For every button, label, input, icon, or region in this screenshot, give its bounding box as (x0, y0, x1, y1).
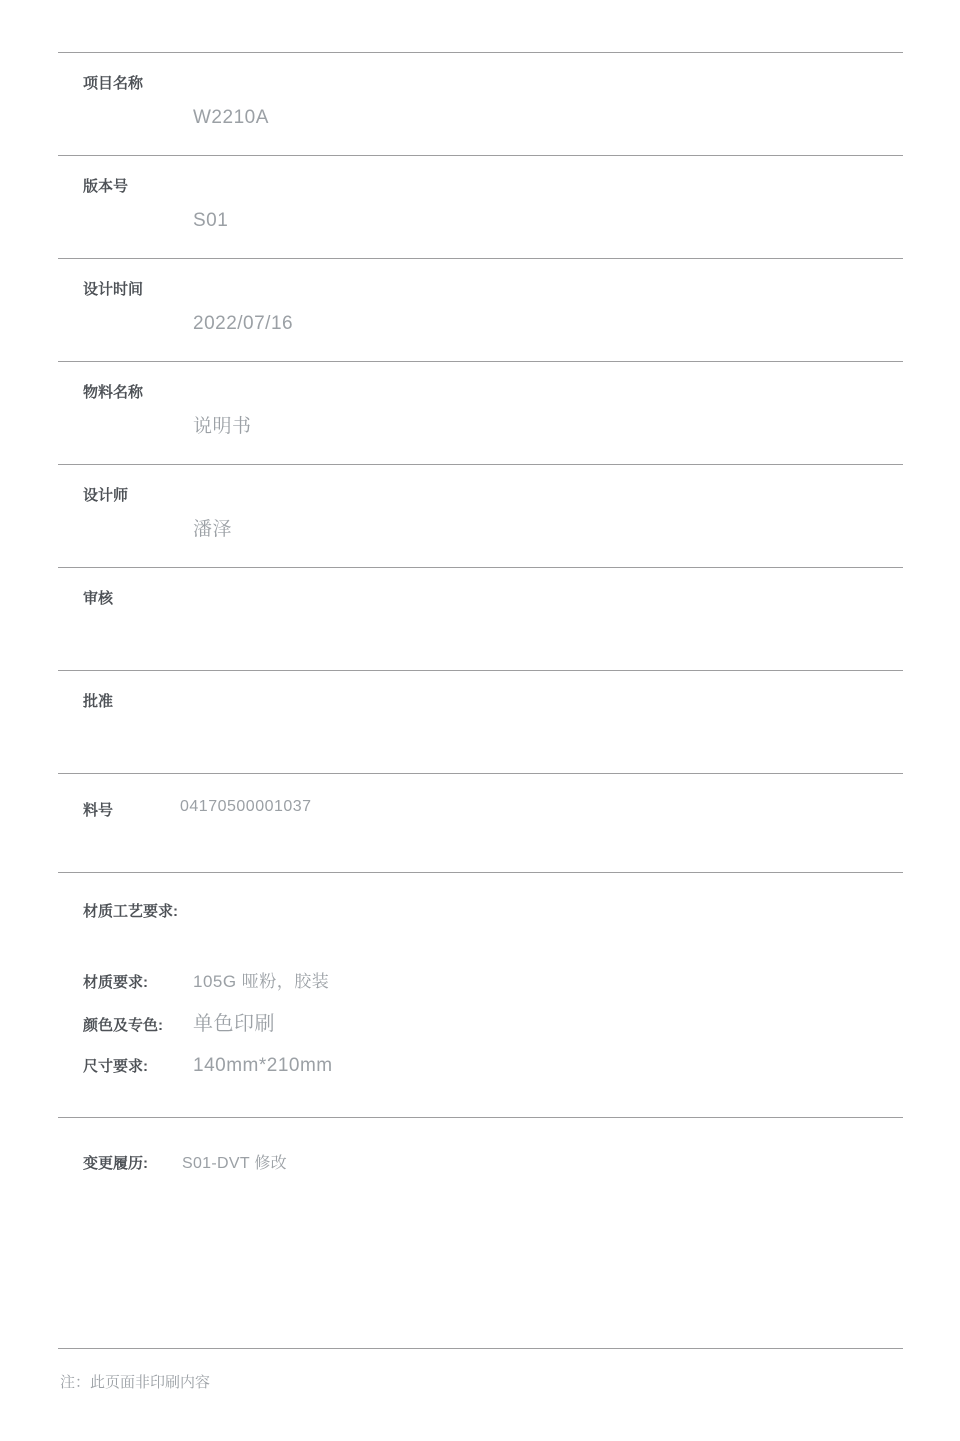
section-part-number: 料号 04170500001037 (58, 773, 903, 872)
project-name-label: 项目名称 (83, 74, 903, 94)
material-name-label: 物料名称 (83, 383, 903, 403)
section-material-name: 物料名称 说明书 (58, 361, 903, 464)
design-date-label: 设计时间 (83, 280, 903, 300)
version-number-value: S01 (193, 209, 903, 233)
designer-label: 设计师 (83, 486, 903, 506)
project-name-value: W2210A (193, 106, 903, 130)
section-change-history: 变更履历: S01-DVT 修改 (58, 1117, 903, 1348)
section-design-date: 设计时间 2022/07/16 (58, 258, 903, 361)
designer-value: 潘泽 (193, 518, 903, 542)
version-number-label: 版本号 (83, 177, 903, 197)
material-process-heading: 材质工艺要求: (83, 900, 178, 921)
spec-sheet-page: { "page": { "background": "#ffffff", "ru… (0, 0, 960, 1441)
size-requirement-label: 尺寸要求: (83, 1055, 193, 1076)
section-designer: 设计师 潘泽 (58, 464, 903, 567)
material-requirement-row: 材质要求: 105G 哑粉，胶装 (83, 967, 329, 992)
reviewer-label: 审核 (83, 589, 903, 609)
footnote-text: 注：此页面非印刷内容 (60, 1371, 210, 1392)
change-history-label: 变更履历: (83, 1152, 182, 1173)
part-number-value: 04170500001037 (180, 798, 312, 816)
change-history-row: 变更履历: S01-DVT 修改 (83, 1150, 287, 1173)
part-number-label: 料号 (83, 799, 113, 820)
design-date-value: 2022/07/16 (193, 312, 903, 336)
color-spot-color-label: 颜色及专色: (83, 1014, 193, 1035)
section-project-name: 项目名称 W2210A (58, 52, 903, 155)
color-spot-color-value: 单色印刷 (193, 1007, 275, 1036)
section-version-number: 版本号 S01 (58, 155, 903, 258)
section-footnote: 注：此页面非印刷内容 (58, 1348, 903, 1436)
size-requirement-row: 尺寸要求: 140mm*210mm (83, 1055, 333, 1077)
size-requirement-value: 140mm*210mm (193, 1055, 333, 1077)
section-material-process-requirements: 材质工艺要求: 材质要求: 105G 哑粉，胶装 颜色及专色: 单色印刷 尺寸要… (58, 872, 903, 1117)
change-history-value: S01-DVT 修改 (182, 1150, 287, 1173)
approver-label: 批准 (83, 692, 903, 712)
section-reviewer: 审核 (58, 567, 903, 670)
spec-sheet: 项目名称 W2210A 版本号 S01 设计时间 2022/07/16 物料名称… (58, 52, 903, 1436)
material-name-value: 说明书 (193, 415, 903, 439)
color-spot-color-row: 颜色及专色: 单色印刷 (83, 1007, 275, 1036)
material-requirement-label: 材质要求: (83, 971, 193, 992)
material-requirement-value: 105G 哑粉，胶装 (193, 967, 329, 992)
section-approver: 批准 (58, 670, 903, 773)
